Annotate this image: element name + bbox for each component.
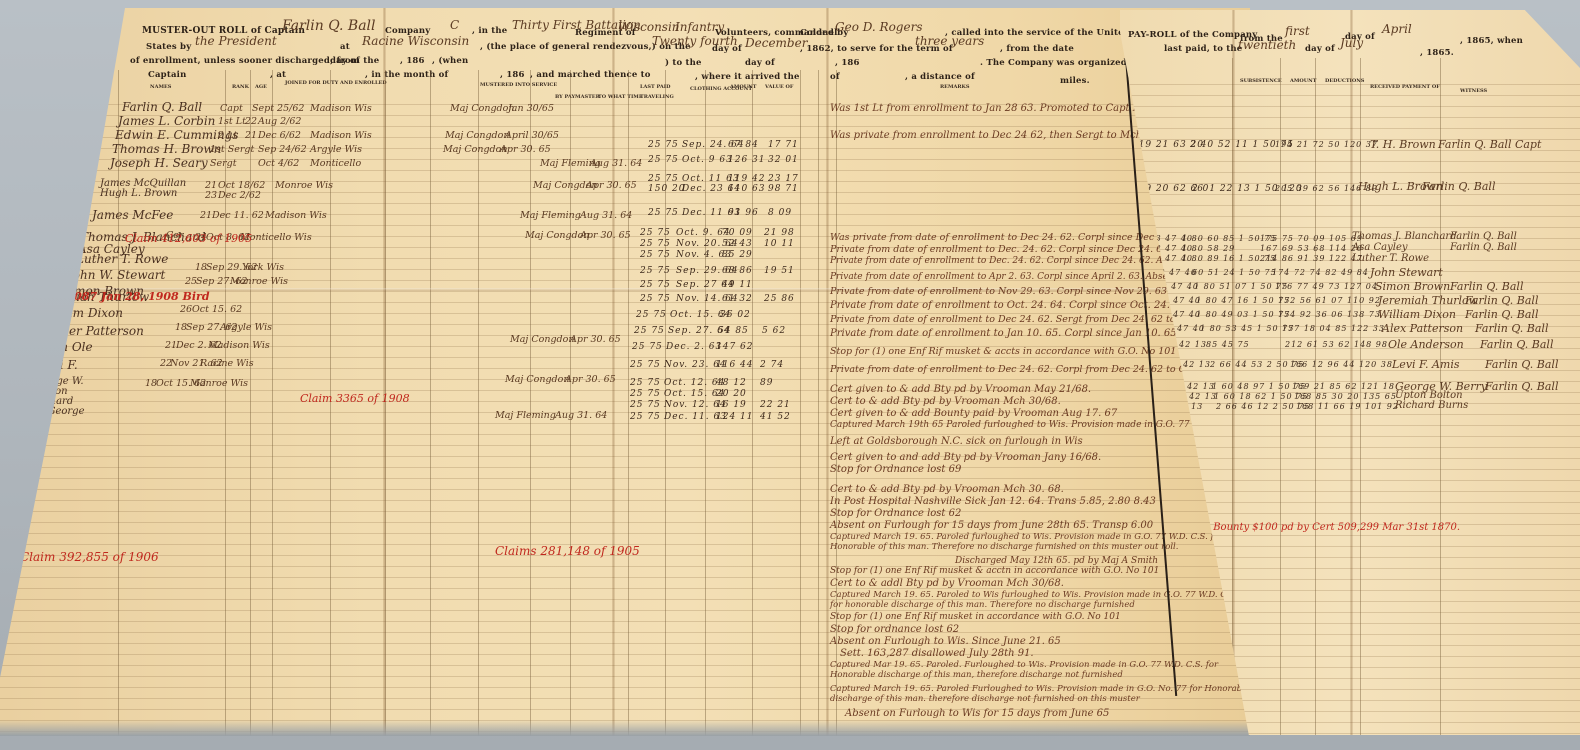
payroll-col: AMOUNT [1290, 78, 1316, 84]
roster-paid-to: Aug 31. 64 [580, 210, 632, 221]
payroll-col: RECEIVED PAYMENT OF [1370, 84, 1440, 90]
muster-out-roll-sheet: MUSTER-OUT ROLL of Captain Farlin Q. Bal… [0, 8, 1250, 736]
payroll-col: SUBSISTENCE [1240, 78, 1282, 84]
roster-value: 10 11 [764, 239, 795, 249]
roster-name: Alexander Patterson [20, 324, 144, 338]
marched-label: , and marched thence to [530, 70, 651, 80]
roster-rank: 2 Lt [218, 130, 237, 141]
roster-name: Thomas H. Brown [112, 142, 221, 156]
roster-paymaster: Maj Fleming [520, 210, 581, 221]
column-rule [800, 70, 801, 736]
roster-amount: 16 19 [716, 400, 747, 410]
roster-travel: 25 75 [640, 294, 671, 304]
payroll-witness: Farlin Q. Ball [1480, 338, 1553, 351]
payroll-payee: Ole Anderson [1388, 338, 1464, 351]
remark: Captured March 19. 65. Paroled Furloughe… [830, 684, 1250, 704]
roster-where: Madison Wis [265, 210, 327, 221]
roster-travel: 25 75 [648, 208, 679, 218]
payroll-received: 214 86 91 39 122 47 [1260, 254, 1363, 263]
payroll-received: 174 92 36 06 138 73 [1278, 310, 1381, 319]
roster-amount: 68 86 [722, 266, 753, 276]
roster-amount: 67 84 [728, 140, 759, 150]
roster-name: James L. Corbin [118, 114, 215, 128]
payroll-received: 168 11 66 19 101 92 [1296, 402, 1399, 411]
when-label: , (when [432, 56, 468, 66]
state-name: Wisconsin [618, 20, 680, 34]
roster-age: 21 [245, 130, 257, 141]
paper-fold [1232, 10, 1235, 735]
claim-annotation: Claim 3365 of 1908 [300, 392, 410, 405]
roster-where: Monroe Wis [190, 378, 248, 389]
payroll-subsistence: 1 80 49 03 1 50 75 [1196, 310, 1290, 319]
remark: Cert given to & add Bounty paid by Vroom… [830, 408, 1117, 419]
roster-value: 8 09 [768, 208, 792, 218]
roster-travel: 25 75 [630, 400, 661, 410]
roster-value: 21 98 [764, 228, 795, 238]
roster-joined: Aug 2/62 [258, 116, 301, 127]
organized-label: . The Company was organized by [980, 58, 1141, 68]
roster-joined: Oct 4/62 [258, 158, 299, 169]
colonel-name: Geo D. Rogers [835, 20, 923, 34]
payroll-col: DEDUCTIONS [1325, 78, 1364, 84]
roster-age: 22 [245, 116, 257, 127]
roster-travel: 25 75 [630, 389, 661, 399]
remark: Cert given to and add Bty pd by Vrooman … [830, 452, 1101, 463]
roster-amount: 147 62 [716, 342, 754, 352]
roster-amount: 116 44 [716, 360, 754, 370]
roster-travel: 25 75 [630, 412, 661, 422]
rendezvous-place: Racine Wisconsin [362, 34, 469, 48]
roster-amount: 70 09 [722, 228, 753, 238]
payroll-payee: T. H. Brown [1370, 138, 1436, 151]
states-by-value: the President [195, 34, 277, 48]
remark: Absent on Furlough to Wis for 15 days fr… [845, 708, 1109, 719]
roster-travel: 25 75 [640, 239, 671, 249]
roster-amount: 126 31 [728, 155, 766, 165]
at-label: at [340, 42, 350, 52]
to-the-label: ) to the [665, 58, 702, 68]
payroll-payee: John Stewart [1370, 266, 1443, 279]
roster-joined: Sept 25/62 [252, 103, 304, 114]
payroll-to-day: twentieth [1238, 38, 1296, 52]
states-by-label: States by [146, 42, 191, 52]
payroll-subsistence: 85 45 75 [1206, 340, 1250, 349]
roster-joined: Sep 24/62 [258, 144, 307, 155]
payroll-received: 194 21 72 50 120 37 [1275, 140, 1378, 149]
roster-value: 41 52 [760, 412, 791, 422]
remark: In Post Hospital Nashville Sick Jan 12. … [830, 496, 1156, 507]
payroll-year-1: , 1865, when [1460, 36, 1523, 46]
roster-travel: 25 75 [640, 250, 671, 260]
roster-travel: 25 75 [648, 155, 679, 165]
roster-paymaster: Maj Congdon [505, 374, 569, 385]
remark: Cert to & addl Bty pd by Vrooman Mch 30/… [830, 578, 1064, 589]
roster-name: Luther T. Rowe [76, 252, 168, 266]
remark: Was private from date of enrollment to D… [830, 232, 1190, 243]
col-mustered: MUSTERED INTO SERVICE [480, 82, 557, 88]
payroll-payee: William Dixon [1378, 308, 1456, 321]
col-rank: RANK [232, 84, 249, 90]
roster-where: Racine Wis [200, 358, 254, 369]
remark: Private from date of enrollment to Jan 1… [830, 328, 1180, 339]
column-rule [570, 70, 571, 736]
day-of-label: day of [712, 44, 742, 54]
roster-value: 89 [760, 378, 773, 388]
roster-paid-to: Aug 31. 64 [590, 158, 642, 169]
payroll-payee: Thomas J. Blanchard [1352, 231, 1457, 242]
roster-paymaster: Maj Congdon [445, 130, 509, 141]
roster-name: James McFee [92, 208, 173, 222]
roster-paid-to: April 30/65 [505, 130, 559, 141]
term-of-service: three years [915, 34, 984, 48]
col-value: VALUE OF [765, 84, 793, 90]
payroll-payee: Levi F. Amis [1392, 358, 1460, 371]
payroll-payee: Jeremiah Thurlow [1378, 294, 1478, 307]
claim-annotation: Claim 392,855 of 1906 [20, 550, 159, 564]
roster-paymaster: Maj Congdon [450, 103, 514, 114]
paper-fold [1350, 10, 1353, 735]
payroll-witness: Farlin Q. Ball [1422, 180, 1495, 193]
roster-travel: 25 75 [632, 342, 663, 352]
payroll-subsistence: 1 80 58 29 [1182, 244, 1235, 253]
payroll-subsistence: 1 80 53 45 1 50 75 [1200, 324, 1294, 333]
company-letter: C [450, 18, 459, 32]
enroll-month: December [745, 36, 807, 50]
remark: Discharged May 12th 65. pd by Maj A Smit… [955, 556, 1158, 566]
roster-name: Farlin Q. Ball [122, 100, 202, 114]
remark: Captured March 19. 65. Paroled to Wis fu… [830, 590, 1250, 610]
remark: Captured Mar 19. 65. Paroled. Furloughed… [830, 660, 1250, 680]
roster-name: Anderson Ole [10, 340, 93, 354]
payroll-received: 172 56 61 07 110 92 [1278, 296, 1381, 305]
roster-value: 25 86 [764, 294, 795, 304]
payroll-witness: Farlin Q. Ball [1450, 231, 1517, 242]
payroll-witness: Farlin Q. Ball [1465, 308, 1538, 321]
roster-rank: 1st Sergt [210, 144, 254, 155]
col-age: AGE [255, 84, 267, 90]
captain-label: Captain [148, 70, 186, 80]
bounty-note: Add Bounty $100 pd by Cert 509,299 Mar 3… [1190, 522, 1460, 533]
remark: Captured March 19. 65. Paroled furloughe… [830, 532, 1250, 552]
payroll-payee: Simon Brown [1375, 280, 1450, 293]
roster-amount: 48 12 [716, 378, 747, 388]
payroll-witness: Farlin Q. Ball Capt [1438, 138, 1541, 151]
payroll-from-month: April [1382, 22, 1412, 36]
remark: Private from date of enrollment to Dec 2… [830, 314, 1230, 325]
roster-name: Joseph H. Seary [110, 156, 208, 170]
roster-amount: 36 02 [720, 310, 751, 320]
column-rule [530, 70, 531, 736]
roster-amount: 54 85 [718, 326, 749, 336]
column-rule [752, 70, 753, 736]
payroll-received: 168 85 30 20 135 65 [1294, 392, 1397, 401]
payroll-payee: Alex Patterson [1382, 322, 1463, 335]
col-remarks: REMARKS [940, 84, 970, 90]
roster-name: Amis Levi F. [4, 358, 78, 372]
roster-amount: 49 11 [722, 280, 753, 290]
roster-where: Monroe Wis [230, 276, 288, 287]
remark: Left at Goldsborough N.C. sick on furlou… [830, 436, 1083, 447]
miles-label: miles. [1060, 76, 1090, 86]
roster-amount: 124 11 [716, 412, 754, 422]
remark: Absent on Furlough to Wis. Since June 21… [830, 636, 1061, 647]
month-of-label: , in the month of [365, 70, 448, 80]
roster-name: Hugh L. Brown [100, 188, 177, 199]
claim-annotation: Claims 281,148 of 1905 [495, 544, 640, 558]
sheet-edge-shadow [0, 720, 1250, 736]
roster-paymaster: Maj Congdon [510, 334, 574, 345]
roster-amount: 52 43 [722, 239, 753, 249]
payroll-received: 167 69 53 68 114 26 [1260, 244, 1363, 253]
roster-name: William Dixon [38, 306, 123, 320]
payroll-year-2: , 1865. [1420, 48, 1454, 58]
roster-clothing: Oct. 9 63 [682, 155, 733, 165]
roster-where: Madison Wis [310, 103, 372, 114]
roster-rank: 1st Lt [218, 116, 246, 127]
roster-where: Madison Wis [208, 340, 270, 351]
remark: Private from date of enrollment to Oct. … [830, 300, 1186, 311]
roster-travel: 25 75 [630, 378, 661, 388]
enrollment-day-of: day of [330, 56, 360, 66]
remark: Captured March 19th 65 Paroled furloughe… [830, 420, 1190, 430]
arrived-label: , where it arrived the [695, 72, 800, 82]
remark: Absent on Furlough for 15 days from June… [830, 520, 1153, 531]
payroll-received: 176 77 49 73 127 04 [1275, 282, 1378, 291]
claim-annotation: No 328087 Jan 28, 1908 Bird [30, 290, 210, 303]
remark: Stop for Ordnance lost 69 [830, 464, 961, 475]
roster-where: Argyle Wis [220, 322, 272, 333]
col-paymaster: BY PAYMASTER [555, 94, 600, 100]
column-rule [430, 70, 431, 736]
roster-rank: Sergt [210, 158, 237, 169]
roster-paid-to: Apr 30. 65 [586, 180, 637, 191]
year-label-2: , 186 [835, 58, 860, 68]
roster-amount: 61 32 [722, 294, 753, 304]
of-label: of [830, 72, 840, 82]
column-rule [272, 70, 273, 736]
remark: Private from date of enrollment to Dec. … [830, 244, 1171, 255]
payroll-witness: Farlin Q. Ball [1485, 380, 1558, 393]
roster-amount: 119 42 [728, 174, 766, 184]
roster-joined: Dec 6/62 [258, 130, 301, 141]
roster-travel: 25 75 [634, 326, 665, 336]
payroll-subsistence: 1 80 47 16 1 50 75 [1196, 296, 1290, 305]
payroll-last-paid: last paid, to the [1164, 44, 1242, 54]
remark: Stop for (1) one Enf Rif musket & accts … [830, 346, 1176, 357]
roster-rank: Capt [220, 103, 243, 114]
from-date-label: , from the date [1000, 44, 1074, 54]
roster-where: Monticello [310, 158, 361, 169]
payroll-witness: Farlin Q. Ball [1485, 358, 1558, 371]
roster-paid-to: Apr 30. 65 [580, 230, 631, 241]
roster-value: 19 51 [764, 266, 795, 276]
column-rule [478, 70, 479, 736]
col-joined: JOINED FOR DUTY AND ENROLLED [285, 80, 387, 86]
roster-value: 2 74 [760, 360, 784, 370]
column-rule [628, 70, 629, 736]
roster-amount: 91 96 [728, 208, 759, 218]
col-traveling: TRAVELING [640, 94, 674, 100]
roster-paid-to: Jan 30/65 [508, 103, 554, 114]
roster-travel: 25 75 [640, 266, 671, 276]
year-label-3: , 186 [500, 70, 525, 80]
roster-where: York Wis [242, 262, 284, 273]
remark: Stop for ordnance lost 62 [830, 624, 959, 635]
roster-travel: 25 75 [640, 228, 671, 238]
roster-amount: 110 63 [728, 184, 766, 194]
remark: Stop for (1) one Enf Rif musket in accor… [830, 612, 1121, 622]
roster-travel: 25 75 [648, 174, 679, 184]
payroll-received: 177 18 04 85 122 33 [1282, 324, 1385, 333]
payroll-witness: Farlin Q. Ball [1475, 322, 1548, 335]
payroll-payee: Luther T. Rowe [1352, 253, 1429, 264]
remark: Stop for (1) one Enf Rif musket & acctn … [830, 566, 1159, 576]
day-of-label-2: day of [745, 58, 775, 68]
roster-age: 21 [200, 210, 212, 221]
roster-value: 22 21 [760, 400, 791, 410]
roster-travel: 25 75 [648, 140, 679, 150]
payroll-received: 212 61 53 62 148 98 [1285, 340, 1388, 349]
payroll-payee: Richard Burns [1395, 400, 1468, 411]
roster-age: 23 [205, 190, 217, 201]
enrollment-year: , 186 [400, 56, 425, 66]
roster-travel: 25 75 [630, 360, 661, 370]
paper-fold [383, 8, 386, 736]
paper-fold [612, 8, 615, 736]
remark-red: Sett. 163,287 disallowed July 28th 91. [840, 648, 1034, 659]
payroll-witness: Farlin Q. Ball [1465, 294, 1538, 307]
column-rule [818, 70, 819, 736]
roster-where: Monroe Wis [275, 180, 333, 191]
roster-paid-to: Apr 30. 65 [570, 334, 621, 345]
payroll-received: 175 75 70 09 105 69 [1260, 234, 1363, 243]
payroll-day-of-2: day of [1305, 44, 1335, 54]
payroll-received: 174 72 74 82 49 84 [1272, 268, 1369, 277]
roster-value: 98 71 [768, 184, 799, 194]
roster-value: 17 71 [768, 140, 799, 150]
remark: Cert to & add Bty pd by Vrooman Mch 30. … [830, 484, 1064, 495]
roster-value: 5 62 [762, 326, 786, 336]
roster-name: Berry George W. [0, 376, 84, 387]
roster-paymaster: Maj Congdon [443, 144, 507, 155]
remark: Stop for Ordnance lost 62 [830, 508, 961, 519]
roster-joined: Oct 15. 62 [192, 304, 242, 315]
col-names: NAMES [150, 84, 171, 90]
payroll-witness: Farlin Q. Ball [1450, 242, 1517, 253]
payroll-subsistence: 60 51 24 1 50 75 [1192, 268, 1277, 277]
payroll-received: 166 12 96 44 120 38 [1290, 360, 1393, 369]
roster-paymaster: Maj Fleming [495, 410, 556, 421]
roster-where: Argyle Wis [310, 144, 362, 155]
roster-clothing: Dec. 2. 63 [666, 342, 722, 352]
col-to-what-time: TO WHAT TIME [598, 94, 643, 100]
distance-label: , a distance of [905, 72, 975, 82]
payroll-col: WITNESS [1460, 88, 1487, 94]
roster-travel: 25 75 [640, 280, 671, 290]
remark: Private from date of enrollment to Dec 2… [830, 364, 1211, 375]
roster-name: Barmore George [0, 406, 85, 417]
column-rule [225, 70, 226, 736]
roster-travel: 25 75 [636, 310, 667, 320]
payroll-payee: Asa Cayley [1352, 242, 1408, 253]
roster-value: 32 01 [768, 155, 799, 165]
roster-paid-to: Aug 31. 64 [555, 410, 607, 421]
roster-joined: Dec 11. 62 [212, 210, 264, 221]
remark: Cert to & add Bty pd by Vrooman Mch 30/6… [830, 396, 1061, 407]
roster-value: 23 17 [768, 174, 799, 184]
in-the-label: , in the [472, 26, 507, 36]
roster-amount: 85 29 [722, 250, 753, 260]
remark: Cert given to & add Bty pd by Vrooman Ma… [830, 384, 1091, 395]
roster-joined: Dec 2/62 [218, 190, 261, 201]
roster-name: John W. Stewart [68, 268, 165, 282]
roster-paid-to: Apr 30. 65 [565, 374, 616, 385]
payroll-witness: Farlin Q. Ball [1450, 280, 1523, 293]
roster-where: Madison Wis [310, 130, 372, 141]
roster-paid-to: Apr 30. 65 [500, 144, 551, 155]
payroll-from-day: first [1285, 24, 1310, 38]
paper-fold [826, 8, 829, 736]
roster-travel: 150 20 [648, 184, 686, 194]
roster-age: 26 [180, 304, 192, 315]
payroll-received: 169 21 85 62 121 18 [1292, 382, 1395, 391]
captain-name: Farlin Q. Ball [282, 18, 376, 34]
column-rule [250, 70, 251, 736]
claim-annotation: Claim 412,603 of 1905 [125, 232, 252, 245]
roster-amount: 20 20 [716, 389, 747, 399]
